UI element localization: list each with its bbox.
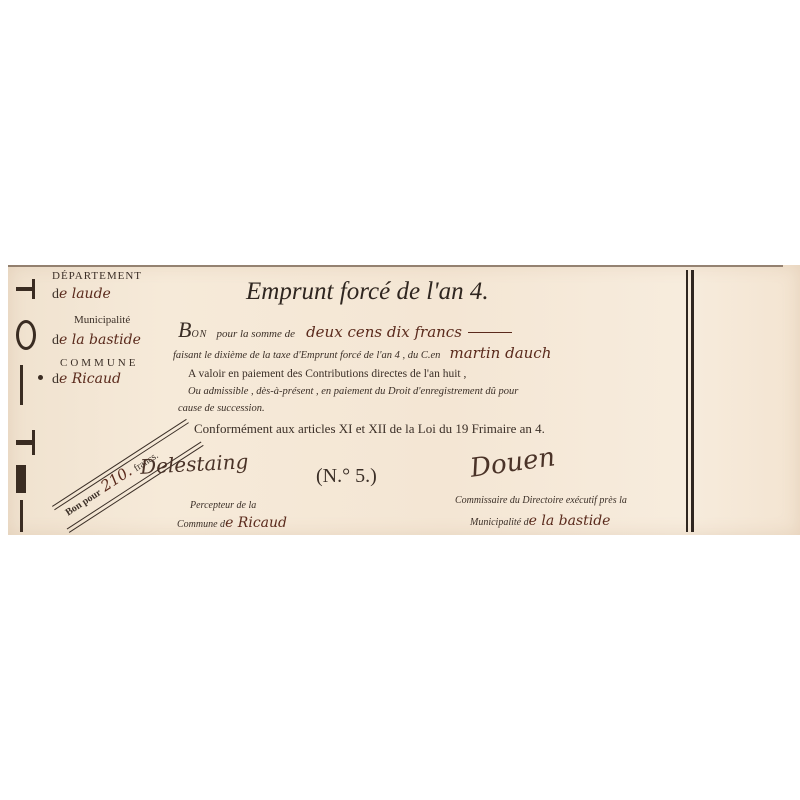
number-label: (N.° 5.) [316,465,377,488]
commune-label: COMMUNE [60,357,138,369]
municipalite-label: Municipalité [74,314,130,326]
vertical-rule-outer [686,270,688,532]
departement-value: e laude [59,286,111,302]
bon-line: BON pour la somme de deux cens dix franc… [178,317,512,343]
bon-rest: ON [191,329,207,340]
line-2: faisant le dixième de la taxe d'Emprunt … [173,343,551,362]
commune-value: e Ricaud [59,371,121,387]
commissaire-line-1: Commissaire du Directoire exécutif près … [455,495,627,506]
municipalite-value: e la bastide [59,332,141,348]
line-6: Conformément aux articles XI et XII de l… [194,421,545,437]
commissaire-municipalite-value: e la bastide [529,513,611,529]
commune-prefix: d [52,372,59,387]
municipalite-field: de la bastide [52,332,141,349]
percepteur-commune-value: e Ricaud [225,515,287,531]
percepteur-line-2: Commune de Ricaud [177,512,287,531]
stub-edge-fragment [8,265,38,535]
line-4: Ou admissible , dès-à-présent , en paiem… [188,386,518,397]
bon-text: pour la somme de [216,328,295,340]
citizen-name-handwritten: martin dauch [450,344,552,362]
vertical-rule-inner [691,270,694,532]
departement-prefix: d [52,287,59,302]
line-5: cause de succession. [178,403,265,414]
percepteur-prefix: Commune d [177,519,225,530]
commissaire-prefix: Municipalité d [470,517,529,528]
line-2-text: faisant le dixième de la taxe d'Emprunt … [173,350,440,361]
line-3: A valoir en paiement des Contributions d… [188,368,466,380]
document-title: Emprunt forcé de l'an 4. [246,278,489,306]
percepteur-line-1: Percepteur de la [190,500,256,511]
fill-dash [468,332,512,333]
commissaire-line-2: Municipalité de la bastide [470,510,610,529]
departement-label: DÉPARTEMENT [52,270,142,282]
bon-initial: B [178,317,191,342]
amount-handwritten: deux cens dix francs [306,323,462,341]
municipalite-prefix: d [52,333,59,348]
departement-field: de laude [52,286,111,303]
commune-field: de Ricaud [52,371,121,388]
paper-top-edge [8,265,783,267]
